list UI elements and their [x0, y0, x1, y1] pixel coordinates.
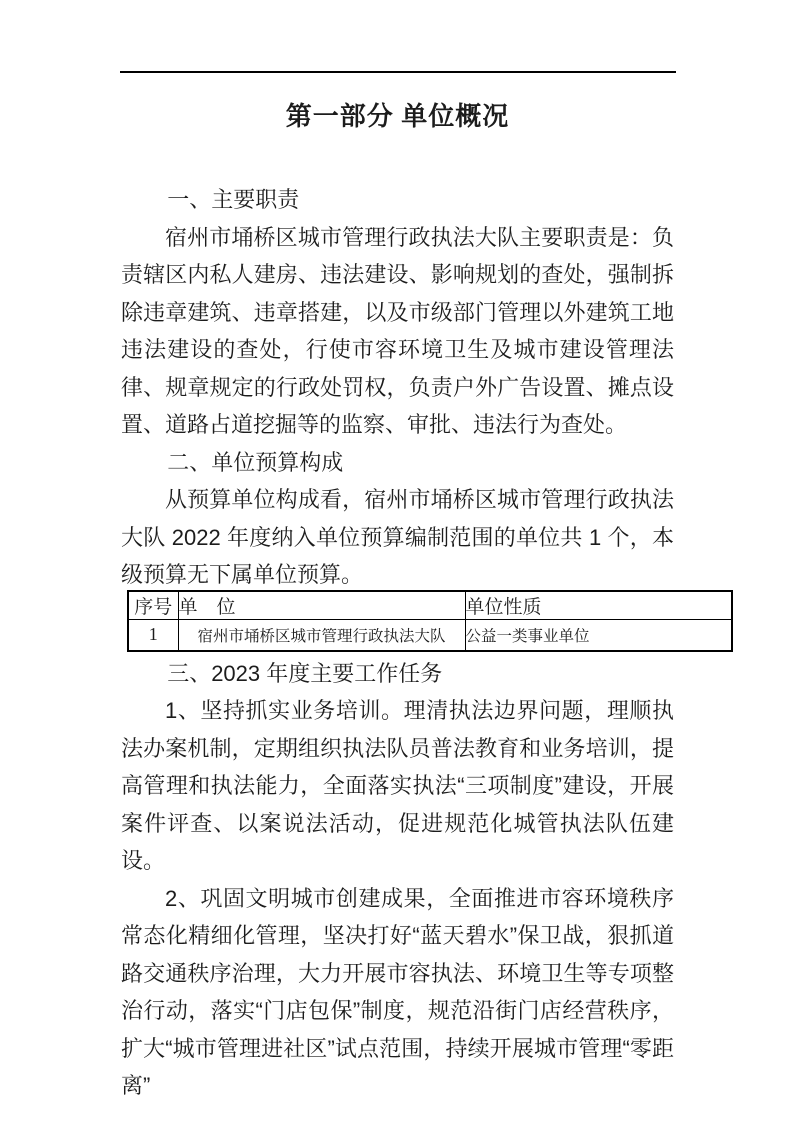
table-cell-no: 1: [128, 619, 178, 651]
document-page: 第一部分 单位概况 一、主要职责 宿州市埇桥区城市管理行政执法大队主要职责是：负…: [0, 0, 793, 1122]
table-header-nature: 单位性质: [465, 591, 732, 620]
paragraph-budget-composition: 从预算单位构成看，宿州市埇桥区城市管理行政执法大队 2022 年度纳入单位预算编…: [121, 481, 674, 594]
unit-composition-table: 序号 单 位 单位性质 1 宿州市埇桥区城市管理行政执法大队 公益一类事业单位: [127, 590, 733, 652]
table-row: 1 宿州市埇桥区城市管理行政执法大队 公益一类事业单位: [128, 619, 732, 651]
table-cell-unit: 宿州市埇桥区城市管理行政执法大队: [178, 619, 465, 651]
section-heading-budget-composition: 二、单位预算构成: [121, 444, 674, 482]
paragraph-task-2: 2、巩固文明城市创建成果，全面推进市容环境秩序常态化精细化管理，坚决打好“蓝天碧…: [121, 880, 674, 1105]
table-header-row: 序号 单 位 单位性质: [128, 591, 732, 620]
section-heading-main-duties: 一、主要职责: [121, 181, 674, 219]
paragraph-task-1: 1、坚持抓实业务培训。理清执法边界问题，理顺执法办案机制，定期组织执法队员普法教…: [121, 692, 674, 880]
document-title: 第一部分 单位概况: [121, 97, 674, 137]
table-header-unit: 单 位: [178, 591, 465, 620]
table-cell-nature: 公益一类事业单位: [465, 619, 732, 651]
document-content: 第一部分 单位概况 一、主要职责 宿州市埇桥区城市管理行政执法大队主要职责是：负…: [121, 0, 674, 1105]
section-heading-work-tasks: 三、2023 年度主要工作任务: [121, 655, 674, 693]
table-header-no: 序号: [128, 591, 178, 620]
paragraph-main-duties: 宿州市埇桥区城市管理行政执法大队主要职责是：负责辖区内私人建房、违法建设、影响规…: [121, 219, 674, 444]
